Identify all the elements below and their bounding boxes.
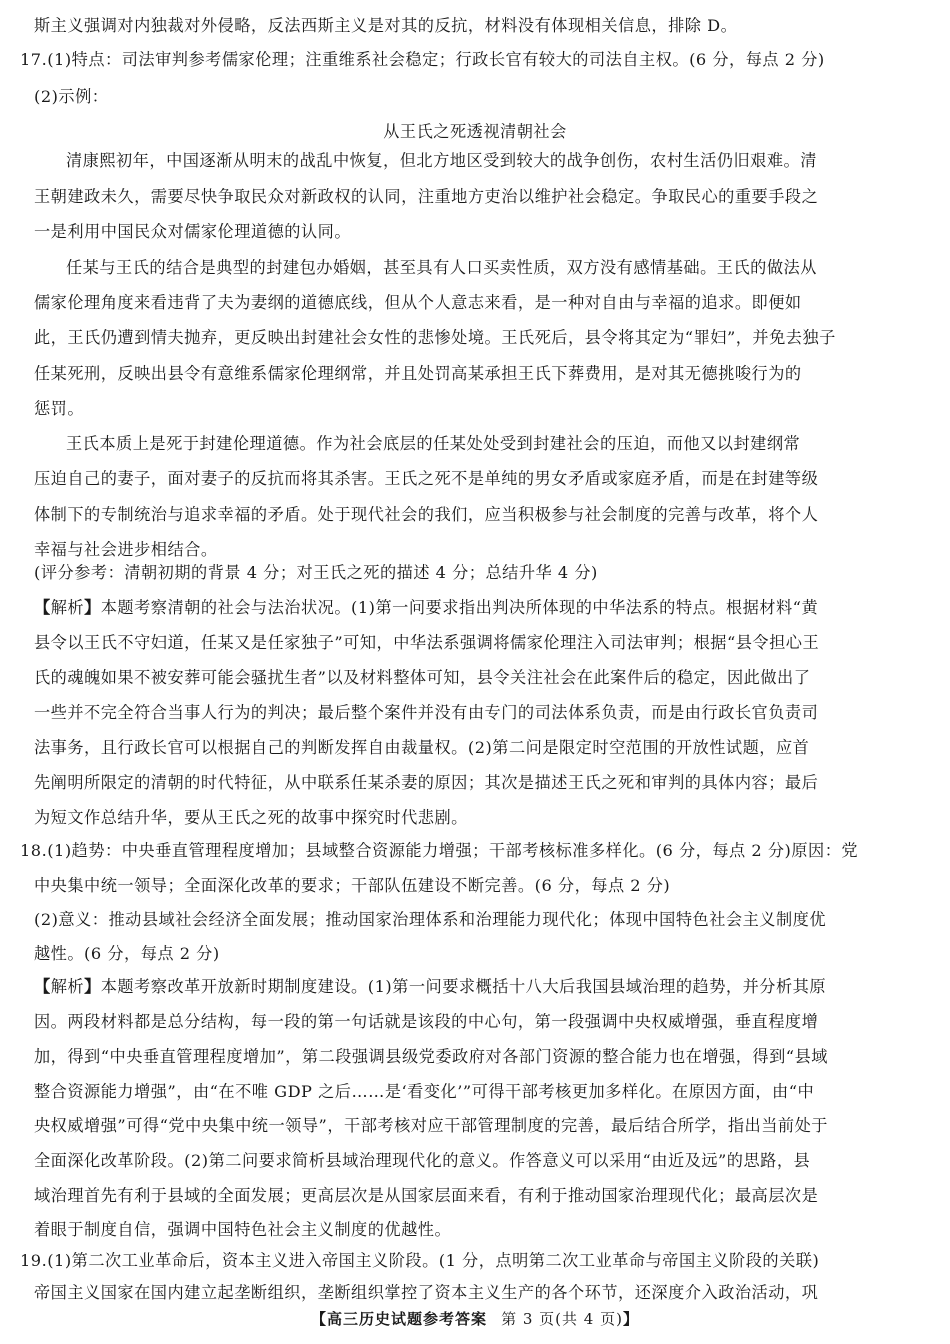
text-line: 体制下的专制统治与追求幸福的矛盾。处于现代社会的我们，应当积极参与社会制度的完善… <box>34 505 818 525</box>
analysis-label-open: 【 <box>34 977 51 996</box>
analysis-label-close: 】 <box>84 598 101 617</box>
text-line: 为短文作总结升华，要从王氏之死的故事中探究时代悲剧。 <box>34 808 468 828</box>
analysis-18: 【解析】本题考察改革开放新时期制度建设。(1)第一问要求概括十八大后我国县域治理… <box>34 977 826 997</box>
text-line: 幸福与社会进步相结合。 <box>34 540 218 560</box>
text-line: 央权威增强”可得“党中央集中统一领导”，干部考核对应干部管理制度的完善，最后结合… <box>34 1116 828 1136</box>
text-line: 氏的魂魄如果不被安葬可能会骚扰生者”以及材料整体可知，县令关注社会在此案件后的稳… <box>34 668 810 688</box>
text-line: 整合资源能力增强”，由“在不唯 GDP 之后……是‘看变化’”可得干部考核更加多… <box>34 1082 814 1102</box>
text-line: 先阐明所限定的清朝的时代特征，从中联系任某杀妻的原因；其次是描述王氏之死和审判的… <box>34 773 818 793</box>
answer-key-page: 斯主义强调对内独裁对外侵略，反法西斯主义是对其的反抗，材料没有体现相关信息，排除… <box>0 0 950 1344</box>
text-line: 王朝建政未久，需要尽快争取民众对新政权的认同，注重地方吏治以维护社会稳定。争取民… <box>34 187 818 207</box>
text-line: 加，得到“中央垂直管理程度增加”，第二段强调县级党委政府对各部门资源的整合能力也… <box>34 1047 828 1067</box>
text-line: 越性。(6 分，每点 2 分) <box>34 944 220 964</box>
footer-title: 高三历史试题参考答案 <box>327 1310 487 1328</box>
essay-paragraph-3: 王氏本质上是死于封建伦理道德。作为社会底层的任某处处受到封建社会的压迫，而他又以… <box>66 434 800 454</box>
footer-bracket-open: 【 <box>311 1310 327 1328</box>
text-line: 一是利用中国民众对儒家伦理道德的认同。 <box>34 222 351 242</box>
analysis-label-close: 】 <box>84 977 101 996</box>
analysis-label: 解析 <box>51 598 84 617</box>
text-line: 压迫自己的妻子，面对妻子的反抗而将其杀害。王氏之死不是单纯的男女矛盾或家庭矛盾，… <box>34 469 818 489</box>
text-line: 因。两段材料都是总分结构，每一段的第一句话就是该段的中心句，第一段强调中央权威增… <box>34 1012 818 1032</box>
text-line: 一些并不完全符合当事人行为的判决；最后整个案件并没有由专门的司法体系负责，而是由… <box>34 703 818 723</box>
analysis-text: 本题考察改革开放新时期制度建设。(1)第一问要求概括十八大后我国县域治理的趋势，… <box>101 977 826 996</box>
analysis-label: 解析 <box>51 977 84 996</box>
scoring-reference: (评分参考：清朝初期的背景 4 分；对王氏之死的描述 4 分；总结升华 4 分) <box>34 563 598 583</box>
text-line: 中央集中统一领导；全面深化改革的要求；干部队伍建设不断完善。(6 分，每点 2 … <box>34 876 670 896</box>
analysis-label-open: 【 <box>34 598 51 617</box>
text-line: 法事务，且行政长官可以根据自己的判断发挥自由裁量权。(2)第二问是限定时空范围的… <box>34 738 809 758</box>
question-18-part-2: (2)意义：推动县域社会经济全面发展；推动国家治理体系和治理能力现代化；体现中国… <box>34 910 826 930</box>
text-line: 着眼于制度自信，强调中国特色社会主义制度的优越性。 <box>34 1220 451 1240</box>
essay-paragraph-2: 任某与王氏的结合是典型的封建包办婚姻，甚至具有人口买卖性质，双方没有感情基础。王… <box>66 258 817 278</box>
text-line: 域治理首先有利于县域的全面发展；更高层次是从国家层面来看，有利于推动国家治理现代… <box>34 1186 818 1206</box>
question-17-part-1: 17.(1)特点：司法审判参考儒家伦理；注重维系社会稳定；行政长官有较大的司法自… <box>20 50 825 70</box>
text-line: 斯主义强调对内独裁对外侵略，反法西斯主义是对其的反抗，材料没有体现相关信息，排除… <box>34 16 737 36</box>
footer-page-info: 第 3 页(共 4 页) <box>501 1310 623 1328</box>
essay-title: 从王氏之死透视清朝社会 <box>0 122 950 142</box>
text-line: 帝国主义国家在国内建立起垄断组织，垄断组织掌控了资本主义生产的各个环节，还深度介… <box>34 1283 818 1303</box>
text-line: 惩罚。 <box>34 399 84 419</box>
question-18-part-1: 18.(1)趋势：中央垂直管理程度增加；县域整合资源能力增强；干部考核标准多样化… <box>20 841 858 861</box>
question-17-part-2-label: (2)示例： <box>34 87 109 107</box>
text-line: 此，王氏仍遭到情夫抛弃，更反映出封建社会女性的悲惨处境。王氏死后，县令将其定为“… <box>34 328 836 348</box>
footer-bracket-close: 】 <box>623 1310 639 1328</box>
question-19-part-1: 19.(1)第二次工业革命后，资本主义进入帝国主义阶段。(1 分，点明第二次工业… <box>20 1251 819 1271</box>
text-line: 县令以王氏不守妇道，任某又是任家独子”可知，中华法系强调将儒家伦理注入司法审判；… <box>34 633 819 653</box>
text-line: 儒家伦理角度来看违背了夫为妻纲的道德底线，但从个人意志来看，是一种对自由与幸福的… <box>34 293 802 313</box>
page-footer: 【高三历史试题参考答案第 3 页(共 4 页)】 <box>0 1309 950 1329</box>
text-line: 任某死刑，反映出县令有意维系儒家伦理纲常，并且处罚高某承担王氏下葬费用，是对其无… <box>34 364 802 384</box>
text-line: 全面深化改革阶段。(2)第二问要求简析县域治理现代化的意义。作答意义可以采用“由… <box>34 1151 810 1171</box>
essay-paragraph-1: 清康熙初年，中国逐渐从明末的战乱中恢复，但北方地区受到较大的战争创伤，农村生活仍… <box>66 151 817 171</box>
analysis-text: 本题考察清朝的社会与法治状况。(1)第一问要求指出判决所体现的中华法系的特点。根… <box>101 598 818 617</box>
analysis-17: 【解析】本题考察清朝的社会与法治状况。(1)第一问要求指出判决所体现的中华法系的… <box>34 598 818 618</box>
